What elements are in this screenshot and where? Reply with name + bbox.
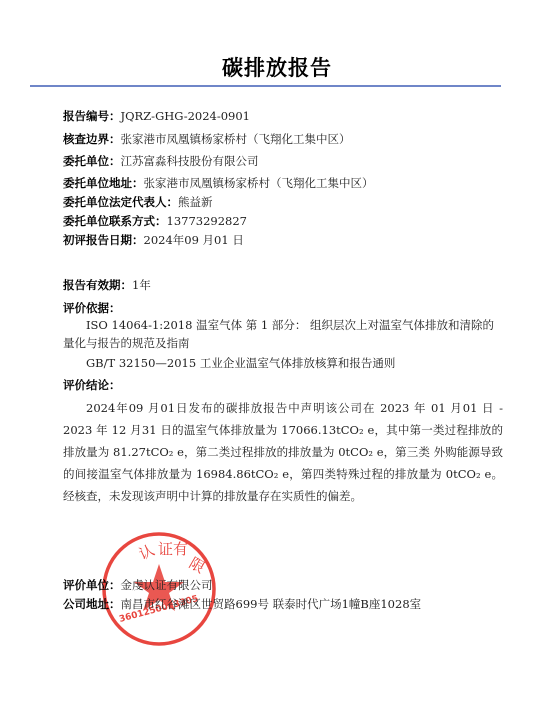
basis-heading: 评价依据： [63,300,121,316]
field-value: JQRZ-GHG-2024-0901 [121,109,251,123]
document-title: 碳排放报告 [0,52,554,82]
field-report-number: 报告编号：JQRZ-GHG-2024-0901 [63,108,250,124]
conclusion-heading: 评价结论： [63,377,121,393]
svg-text:认: 认 [136,541,157,564]
field-value: 熊益新 [178,195,213,209]
field-value: 金虔认证有限公司 [121,578,213,592]
field-value: 张家港市凤凰镇杨家桥村（飞翔化工集中区） [144,176,374,190]
basis-item-gbt: GB/T 32150—2015 工业企业温室气体排放核算和报告通则 [63,354,503,372]
field-value: 2024年09 月01 日 [144,233,244,247]
section-label: 评价依据： [63,301,121,315]
field-label: 核查边界： [63,132,121,146]
field-value: 13773292827 [167,214,247,228]
field-legal-rep: 委托单位法定代表人：熊益新 [63,194,213,210]
conclusion-text: 2024年09 月01日发布的碳排放报告中声明该公司在 2023 年 01 月0… [63,397,503,507]
basis-item-iso: ISO 14064-1:2018 温室气体 第 1 部分： 组织层次上对温室气体… [63,316,503,352]
field-value: 张家港市凤凰镇杨家桥村（飞翔化工集中区） [121,132,351,146]
field-label: 委托单位： [63,154,121,168]
field-label: 委托单位法定代表人： [63,195,178,209]
field-label: 委托单位地址： [63,176,144,190]
svg-text:证有: 证有 [158,540,188,558]
field-value: 南昌市红谷滩区世贸路699号 联泰时代广场1幢B座1028室 [121,597,422,611]
field-client: 委托单位：江苏富淼科技股份有限公司 [63,153,259,169]
company-address: 公司地址：南昌市红谷滩区世贸路699号 联泰时代广场1幢B座1028室 [63,596,421,612]
title-divider [30,85,501,87]
field-label: 报告有效期： [63,278,132,292]
field-value: 江苏富淼科技股份有限公司 [121,154,259,168]
field-label: 初评报告日期： [63,233,144,247]
field-label: 报告编号： [63,109,121,123]
field-client-address: 委托单位地址：张家港市凤凰镇杨家桥村（飞翔化工集中区） [63,175,374,191]
field-report-date: 初评报告日期：2024年09 月01 日 [63,232,244,248]
field-label: 公司地址： [63,597,121,611]
field-boundary: 核查边界：张家港市凤凰镇杨家桥村（飞翔化工集中区） [63,131,351,147]
field-label: 评价单位： [63,578,121,592]
field-value: 1年 [132,278,151,292]
evaluation-unit: 评价单位：金虔认证有限公司 [63,577,213,593]
field-contact: 委托单位联系方式：13773292827 [63,213,247,229]
field-validity: 报告有效期：1年 [63,277,151,293]
section-label: 评价结论： [63,378,121,392]
field-label: 委托单位联系方式： [63,214,167,228]
